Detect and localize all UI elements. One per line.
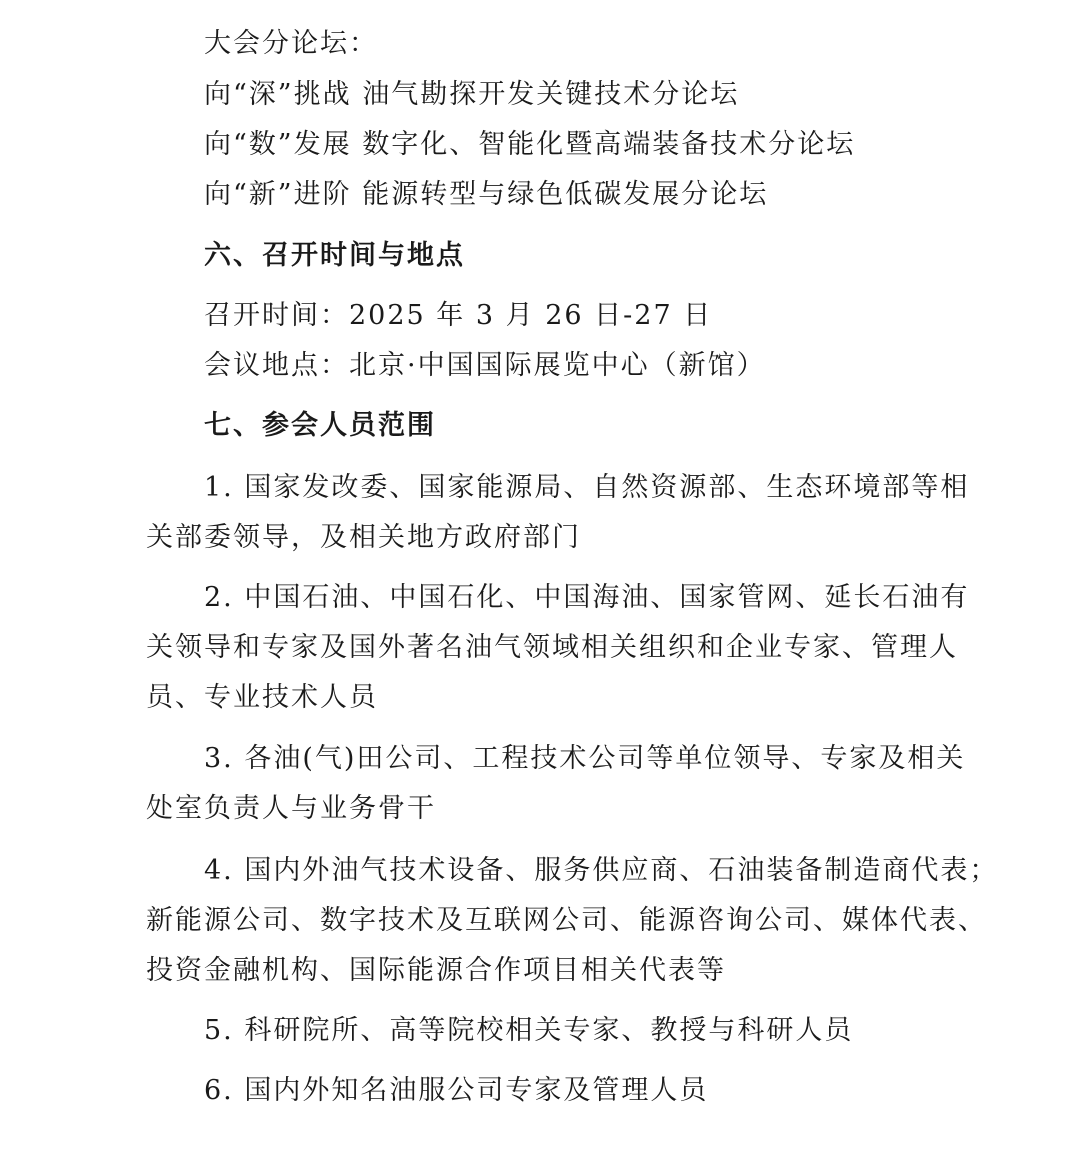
section-6-heading: 六、召开时间与地点	[204, 238, 465, 274]
attendee-item-1-line-2: 关部委领导，及相关地方政府部门	[146, 520, 581, 556]
attendee-item-4-line-3: 投资金融机构、国际能源合作项目相关代表等	[146, 953, 726, 989]
attendee-item-2-line-2: 关领导和专家及国外著名油气领域相关组织和企业专家、管理人	[146, 630, 958, 666]
section-7-heading: 七、参会人员范围	[204, 408, 436, 444]
attendee-item-5-line-1: 5. 科研院所、高等院校相关专家、教授与科研人员	[204, 1013, 853, 1049]
attendee-item-4-line-1: 4. 国内外油气技术设备、服务供应商、石油装备制造商代表；	[204, 853, 998, 889]
forum-item-digital: 向“数”发展 数字化、智能化暨高端装备技术分论坛	[204, 127, 855, 163]
attendee-item-3-line-1: 3. 各油(气)田公司、工程技术公司等单位领导、专家及相关	[204, 741, 965, 777]
attendee-item-1-line-1: 1. 国家发改委、国家能源局、自然资源部、生态环境部等相	[204, 470, 969, 506]
meeting-location: 会议地点：北京·中国国际展览中心（新馆）	[204, 348, 766, 384]
attendee-item-4-line-2: 新能源公司、数字技术及互联网公司、能源咨询公司、媒体代表、	[146, 903, 987, 939]
forums-label: 大会分论坛：	[204, 26, 378, 62]
attendee-item-6-line-1: 6. 国内外知名油服公司专家及管理人员	[204, 1073, 708, 1109]
attendee-item-2-line-1: 2. 中国石油、中国石化、中国海油、国家管网、延长石油有	[204, 580, 969, 616]
meeting-time: 召开时间：2025 年 3 月 26 日-27 日	[204, 298, 712, 334]
forum-item-deep: 向“深”挑战 油气勘探开发关键技术分论坛	[204, 77, 739, 113]
forum-item-new: 向“新”进阶 能源转型与绿色低碳发展分论坛	[204, 177, 768, 213]
attendee-item-2-line-3: 员、专业技术人员	[146, 680, 378, 716]
attendee-item-3-line-2: 处室负责人与业务骨干	[146, 791, 436, 827]
